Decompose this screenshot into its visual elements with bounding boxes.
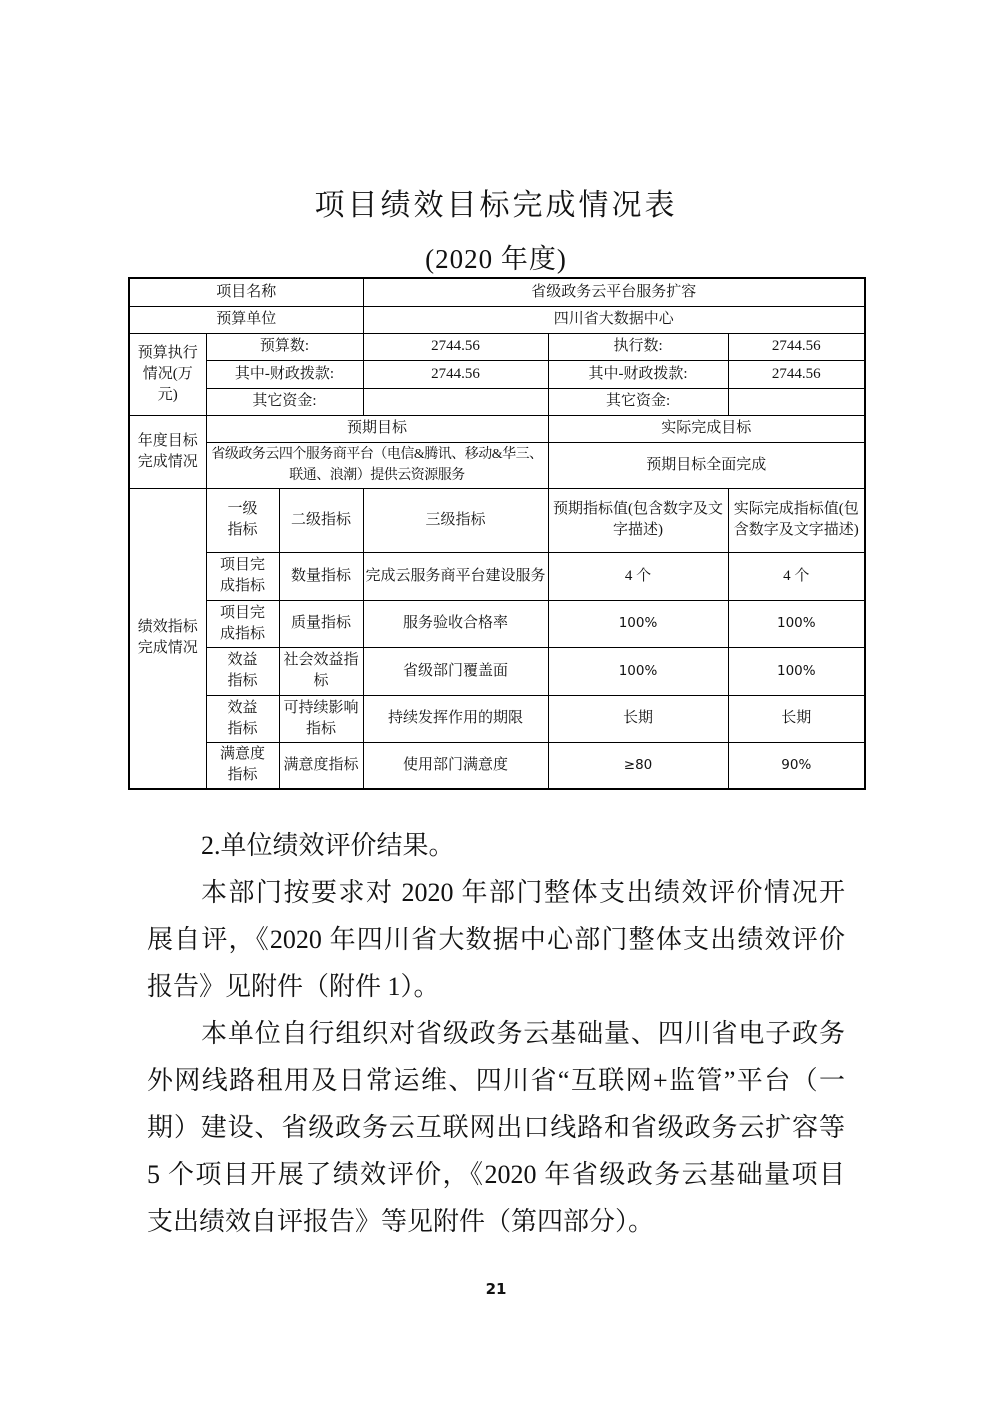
cell-header-level3: 三级指标	[363, 488, 548, 552]
cell-indicators-label: 绩效指标 完成情况	[129, 488, 206, 789]
indicator-cell: 100%	[728, 647, 865, 695]
indicator-cell: 持续发挥作用的期限	[363, 695, 548, 742]
text-line: 支出绩效自评报告》等见附件（第四部分）。	[147, 1198, 845, 1245]
document-page: 项目绩效目标完成情况表 (2020 年度) 项目名称 省级政务云平台服务扩容 预…	[0, 0, 992, 1403]
cell-project-name-label: 项目名称	[129, 278, 363, 306]
table-row: 项目完 成指标 质量指标 服务验收合格率 100% 100%	[129, 600, 865, 647]
indicator-cell: 效益 指标	[206, 647, 279, 695]
indicator-cell: 数量指标	[279, 552, 363, 600]
indicator-cell: 4 个	[728, 552, 865, 600]
indicator-cell: 满意度 指标	[206, 742, 279, 789]
performance-target-table: 项目名称 省级政务云平台服务扩容 预算单位 四川省大数据中心 预算执行 情况(万…	[128, 277, 866, 790]
indicator-cell: 长期	[728, 695, 865, 742]
cell-other-funds-value	[363, 388, 548, 415]
cell-budget-exec-label: 预算执行 情况(万 元)	[129, 333, 206, 415]
document-subtitle: (2020 年度)	[0, 237, 992, 276]
text-line: 报告》见附件（附件 1）。	[147, 963, 845, 1010]
indicator-cell: 90%	[728, 742, 865, 789]
cell-project-name-value: 省级政务云平台服务扩容	[363, 278, 865, 306]
indicator-cell: 4 个	[548, 552, 728, 600]
indicator-cell: 100%	[548, 600, 728, 647]
cell-header-actual-value: 实际完成指标值(包 含数字及文字描述)	[728, 488, 865, 552]
cell-annual-goal-label: 年度目标 完成情况	[129, 415, 206, 488]
table-row: 效益 指标 社会效益指 标 省级部门覆盖面 100% 100%	[129, 647, 865, 695]
indicator-cell: 长期	[548, 695, 728, 742]
cell-budget-number-label: 预算数:	[206, 333, 363, 360]
indicator-cell: 社会效益指 标	[279, 647, 363, 695]
indicator-cell: 效益 指标	[206, 695, 279, 742]
indicator-cell: 100%	[728, 600, 865, 647]
cell-header-level2: 二级指标	[279, 488, 363, 552]
table-row: 项目完 成指标 数量指标 完成云服务商平台建设服务 4 个 4 个	[129, 552, 865, 600]
cell-fiscal-alloc-label-2: 其中-财政拨款:	[548, 360, 728, 388]
text-line: 2.单位绩效评价结果。	[147, 822, 845, 869]
text-line: 5 个项目开展了绩效评价，《2020 年省级政务云基础量项目	[147, 1151, 845, 1198]
cell-budget-unit-label: 预算单位	[129, 306, 363, 333]
cell-fiscal-alloc-value: 2744.56	[363, 360, 548, 388]
cell-exec-number-label: 执行数:	[548, 333, 728, 360]
text-line: 展自评，《2020 年四川省大数据中心部门整体支出绩效评价	[147, 916, 845, 963]
text-line: 本部门按要求对 2020 年部门整体支出绩效评价情况开	[147, 869, 845, 916]
cell-actual-goal-header: 实际完成目标	[548, 415, 865, 442]
indicator-cell: 100%	[548, 647, 728, 695]
cell-expected-goal-content: 省级政务云四个服务商平台（电信&腾讯、移动&华三、 联通、浪潮）提供云资源服务	[206, 442, 548, 488]
table-row: 满意度 指标 满意度指标 使用部门满意度 ≥80 90%	[129, 742, 865, 789]
indicator-cell: 完成云服务商平台建设服务	[363, 552, 548, 600]
indicator-cell: 项目完 成指标	[206, 600, 279, 647]
cell-other-funds-label: 其它资金:	[206, 388, 363, 415]
indicator-cell: 服务验收合格率	[363, 600, 548, 647]
table-row: 年度目标 完成情况 预期目标 实际完成目标	[129, 415, 865, 442]
table-row: 预算执行 情况(万 元) 预算数: 2744.56 执行数: 2744.56	[129, 333, 865, 360]
indicator-cell: ≥80	[548, 742, 728, 789]
cell-exec-number-value: 2744.56	[728, 333, 865, 360]
table-row: 预算单位 四川省大数据中心	[129, 306, 865, 333]
page-number: 21	[0, 1280, 992, 1298]
indicator-cell: 省级部门覆盖面	[363, 647, 548, 695]
cell-other-funds-label-2: 其它资金:	[548, 388, 728, 415]
indicator-cell: 可持续影响 指标	[279, 695, 363, 742]
indicator-cell: 满意度指标	[279, 742, 363, 789]
cell-header-expected-value: 预期指标值(包含数字及文 字描述)	[548, 488, 728, 552]
table-row: 其它资金: 其它资金:	[129, 388, 865, 415]
cell-fiscal-alloc-label: 其中-财政拨款:	[206, 360, 363, 388]
document-title: 项目绩效目标完成情况表	[0, 180, 992, 224]
table-row: 绩效指标 完成情况 一级 指标 二级指标 三级指标 预期指标值(包含数字及文 字…	[129, 488, 865, 552]
cell-expected-goal-header: 预期目标	[206, 415, 548, 442]
indicator-cell: 质量指标	[279, 600, 363, 647]
cell-other-funds-value-2	[728, 388, 865, 415]
table-row: 其中-财政拨款: 2744.56 其中-财政拨款: 2744.56	[129, 360, 865, 388]
cell-fiscal-alloc-value-2: 2744.56	[728, 360, 865, 388]
indicator-cell: 项目完 成指标	[206, 552, 279, 600]
cell-budget-unit-value: 四川省大数据中心	[363, 306, 865, 333]
table-row: 省级政务云四个服务商平台（电信&腾讯、移动&华三、 联通、浪潮）提供云资源服务 …	[129, 442, 865, 488]
body-text: 2.单位绩效评价结果。本部门按要求对 2020 年部门整体支出绩效评价情况开展自…	[147, 822, 845, 1245]
cell-actual-goal-content: 预期目标全面完成	[548, 442, 865, 488]
text-line: 期）建设、省级政务云互联网出口线路和省级政务云扩容等	[147, 1104, 845, 1151]
cell-header-level1: 一级 指标	[206, 488, 279, 552]
table-row: 效益 指标 可持续影响 指标 持续发挥作用的期限 长期 长期	[129, 695, 865, 742]
indicator-cell: 使用部门满意度	[363, 742, 548, 789]
text-line: 本单位自行组织对省级政务云基础量、四川省电子政务	[147, 1010, 845, 1057]
table-row: 项目名称 省级政务云平台服务扩容	[129, 278, 865, 306]
text-line: 外网线路租用及日常运维、四川省“互联网+监管”平台（一	[147, 1057, 845, 1104]
cell-budget-number-value: 2744.56	[363, 333, 548, 360]
